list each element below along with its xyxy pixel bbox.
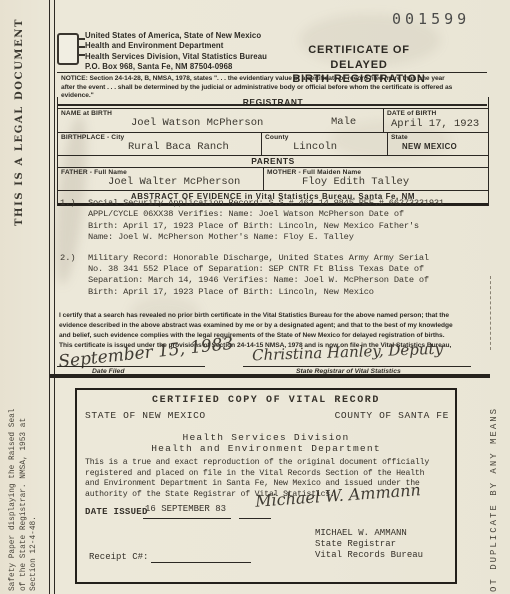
county-cell: County Lincoln bbox=[261, 133, 387, 155]
date-of-birth-cell: DATE of BIRTH April 17, 1923 bbox=[383, 109, 488, 132]
registrar-title-line2: Vital Records Bureau bbox=[315, 550, 423, 560]
name-at-birth-label: NAME at BIRTH bbox=[61, 110, 112, 117]
mother-cell: MOTHER - Full Maiden Name Floy Edith Tal… bbox=[263, 168, 488, 190]
evidence-item: 1.) Social Security Application Record: … bbox=[60, 198, 485, 244]
certified-copy-title: CERTIFIED COPY OF VITAL RECORD bbox=[77, 395, 455, 406]
state-of-new-mexico-label: STATE OF NEW MEXICO bbox=[85, 410, 206, 421]
nm-health-dept-logo-icon bbox=[57, 33, 79, 65]
letterhead-line: Health and Environment Department bbox=[85, 41, 267, 51]
receipt-number-label: Receipt C#: bbox=[89, 552, 148, 562]
legal-document-vertical-text: THIS IS A LEGAL DOCUMENT bbox=[14, 36, 25, 226]
evidence-item-number: 1.) bbox=[60, 198, 88, 244]
county-of-santa-fe-label: COUNTY OF SANTA FE bbox=[335, 410, 449, 421]
parents-row: FATHER - Full Name Joel Walter McPherson… bbox=[58, 168, 488, 191]
state-cell: State NEW MEXICO bbox=[387, 133, 488, 155]
date-issued-value: 16 SEPTEMBER 83 bbox=[145, 504, 226, 514]
evidence-item-number: 2.) bbox=[60, 253, 88, 299]
division-line2: Health and Environment Department bbox=[77, 443, 455, 454]
registrant-form: REGISTRANT NAME at BIRTH Joel Watson McP… bbox=[57, 97, 489, 206]
evidence-item-text: Social Security Application Record: S.S.… bbox=[88, 198, 485, 244]
county-value: Lincoln bbox=[293, 141, 337, 153]
division-line1: Health Services Division bbox=[77, 432, 455, 443]
county-label: County bbox=[265, 134, 289, 141]
date-of-birth-label: DATE of BIRTH bbox=[387, 110, 436, 117]
registrar-title-line1: State Registrar bbox=[315, 539, 396, 549]
scanned-birth-certificate: 001599 THIS IS A LEGAL DOCUMENT Safety P… bbox=[0, 0, 510, 594]
mother-label: MOTHER - Full Maiden Name bbox=[267, 169, 361, 176]
receipt-number-blank-line bbox=[151, 562, 251, 563]
date-issued-underline bbox=[143, 518, 231, 519]
mother-value: Floy Edith Talley bbox=[302, 176, 409, 188]
father-cell: FATHER - Full Name Joel Walter McPherson bbox=[58, 168, 263, 190]
right-dotted-line bbox=[490, 276, 491, 350]
evidence-list: 1.) Social Security Application Record: … bbox=[60, 198, 485, 307]
registrar-printed-name: MICHAEL W. AMMANN bbox=[315, 528, 407, 538]
sex-value: Male bbox=[331, 116, 356, 128]
letterhead-line: United States of America, State of New M… bbox=[85, 31, 267, 41]
state-value: NEW MEXICO bbox=[402, 142, 457, 151]
date-filed-signature-line bbox=[57, 366, 205, 367]
name-at-birth-value: Joel Watson McPherson bbox=[131, 117, 263, 129]
state-registrar-signature-line bbox=[243, 366, 471, 367]
registrant-section-header: REGISTRANT bbox=[58, 97, 488, 109]
document-left-border bbox=[49, 0, 55, 594]
certificate-title-line1: CERTIFICATE OF DELAYED bbox=[283, 43, 435, 72]
serial-number-stamp: 001599 bbox=[392, 10, 470, 28]
evidence-item-text: Military Record: Honorable Discharge, Un… bbox=[88, 253, 485, 299]
letterhead-line: Health Services Division, Vital Statisti… bbox=[85, 52, 267, 62]
do-not-duplicate-vertical-text: OT DUPLICATE BY ANY MEANS bbox=[489, 407, 499, 592]
birthplace-city-value: Rural Baca Ranch bbox=[128, 141, 229, 153]
state-label: State bbox=[391, 134, 408, 141]
parents-section-header: PARENTS bbox=[58, 156, 488, 168]
birthplace-city-cell: BIRTHPLACE - City Rural Baca Ranch bbox=[58, 133, 261, 155]
date-issued-underline-segment bbox=[239, 518, 271, 519]
evidence-item: 2.) Military Record: Honorable Discharge… bbox=[60, 253, 485, 299]
birthplace-row: BIRTHPLACE - City Rural Baca Ranch Count… bbox=[58, 133, 488, 156]
father-label: FATHER - Full Name bbox=[61, 169, 127, 176]
date-of-birth-value: April 17, 1923 bbox=[391, 118, 479, 130]
father-value: Joel Walter McPherson bbox=[108, 176, 240, 188]
date-issued-label: DATE ISSUED bbox=[85, 507, 148, 517]
name-row: NAME at BIRTH Joel Watson McPherson Male… bbox=[58, 109, 488, 133]
section-divider bbox=[50, 374, 490, 378]
certified-copy-box: CERTIFIED COPY OF VITAL RECORD STATE OF … bbox=[75, 388, 457, 584]
letterhead-address: United States of America, State of New M… bbox=[85, 31, 267, 72]
birthplace-city-label: BIRTHPLACE - City bbox=[61, 134, 124, 141]
letterhead-line: P.O. Box 968, Santa Fe, NM 87504-0968 bbox=[85, 62, 267, 72]
name-at-birth-cell: NAME at BIRTH Joel Watson McPherson Male bbox=[58, 109, 383, 132]
safety-paper-vertical-text: Safety Paper displaying the Raised Seal … bbox=[8, 376, 40, 591]
